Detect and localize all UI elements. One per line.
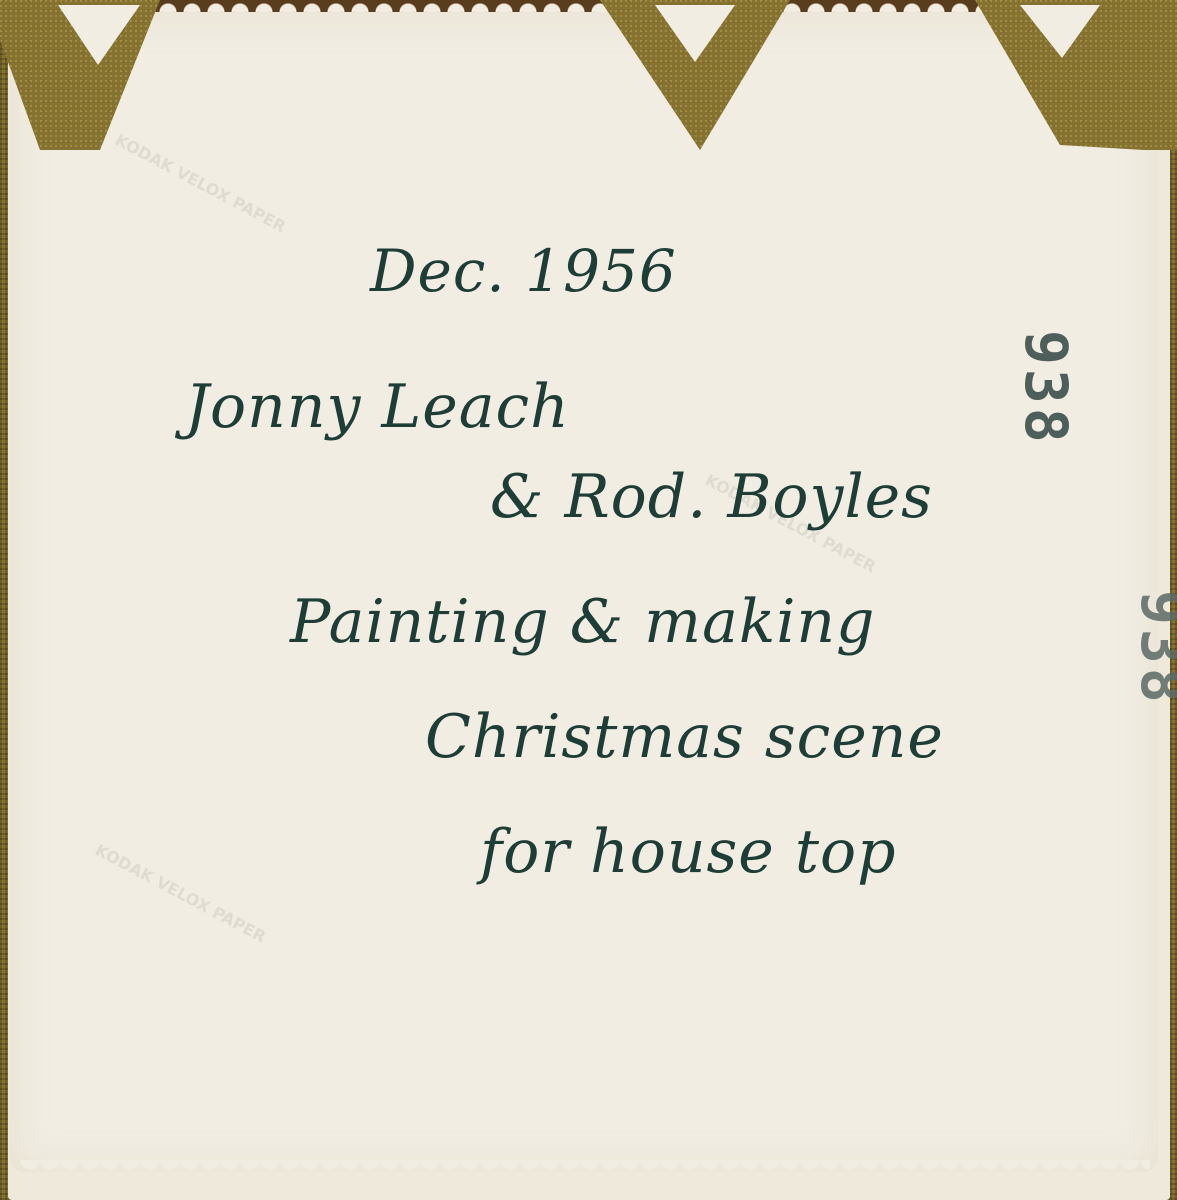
stamped-number-underlying: 938: [1128, 590, 1177, 707]
watermark-paper: PAPER: [229, 193, 289, 237]
watermark-kodak: KODAK: [92, 840, 157, 887]
handwritten-caption-1: Painting & making: [290, 587, 875, 657]
photo-corner-mounts: [0, 0, 1177, 160]
watermark-paper: PAPER: [209, 903, 269, 947]
handwritten-name-2: & Rod. Boyles: [490, 462, 933, 532]
watermark-paper: PAPER: [819, 533, 879, 577]
handwritten-date: Dec. 1956: [370, 237, 677, 305]
stamped-number: 938: [1012, 330, 1080, 447]
handwritten-caption-2: Christmas scene: [425, 702, 944, 772]
scalloped-edge: [20, 1160, 1150, 1174]
watermark-kodak-velox: KODAK VELOX PAPER: [92, 842, 268, 946]
handwritten-name-1: Jonny Leach: [185, 372, 570, 442]
handwritten-caption-3: for house top: [480, 817, 897, 887]
watermark-velox: VELOX: [173, 163, 233, 207]
photo-back: KODAK VELOX PAPER KODAK VELOX PAPER KODA…: [10, 12, 1158, 1172]
watermark-velox: VELOX: [153, 873, 213, 917]
